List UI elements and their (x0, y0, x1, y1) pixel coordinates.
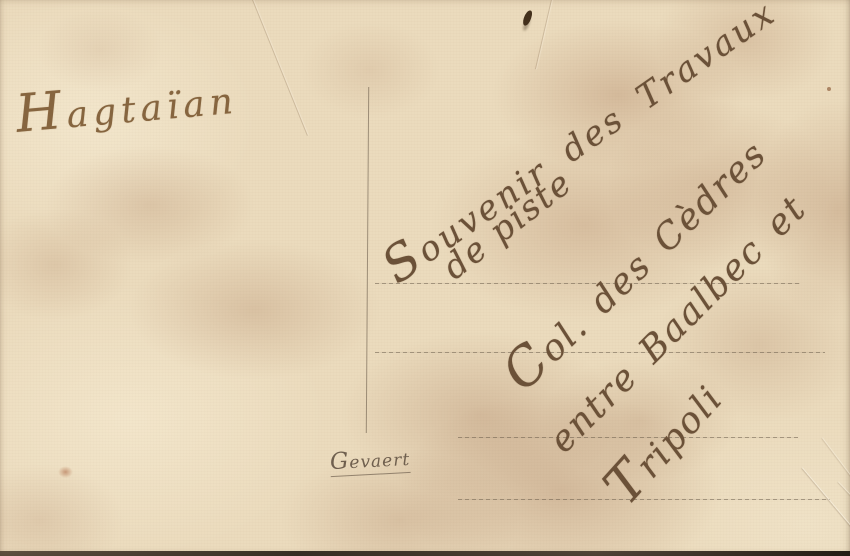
gevaert-printer-mark: Gevaert (329, 445, 411, 477)
wrinkle-line (838, 481, 850, 527)
stain-spot (58, 466, 73, 478)
divider-line-vertical (366, 87, 369, 433)
scan-edge-shadow (0, 551, 850, 556)
wrinkle-line (822, 437, 850, 494)
address-line-2 (375, 352, 825, 353)
handwritten-name: Hagtaïan (13, 65, 240, 147)
crease-line-top-left (250, 0, 308, 136)
postcard-back: Hagtaïan Souvenir des Travaux de piste C… (0, 0, 850, 556)
crease-line-top-center (535, 0, 553, 69)
speck-mark (827, 87, 831, 91)
ink-blot-mark (522, 9, 534, 26)
